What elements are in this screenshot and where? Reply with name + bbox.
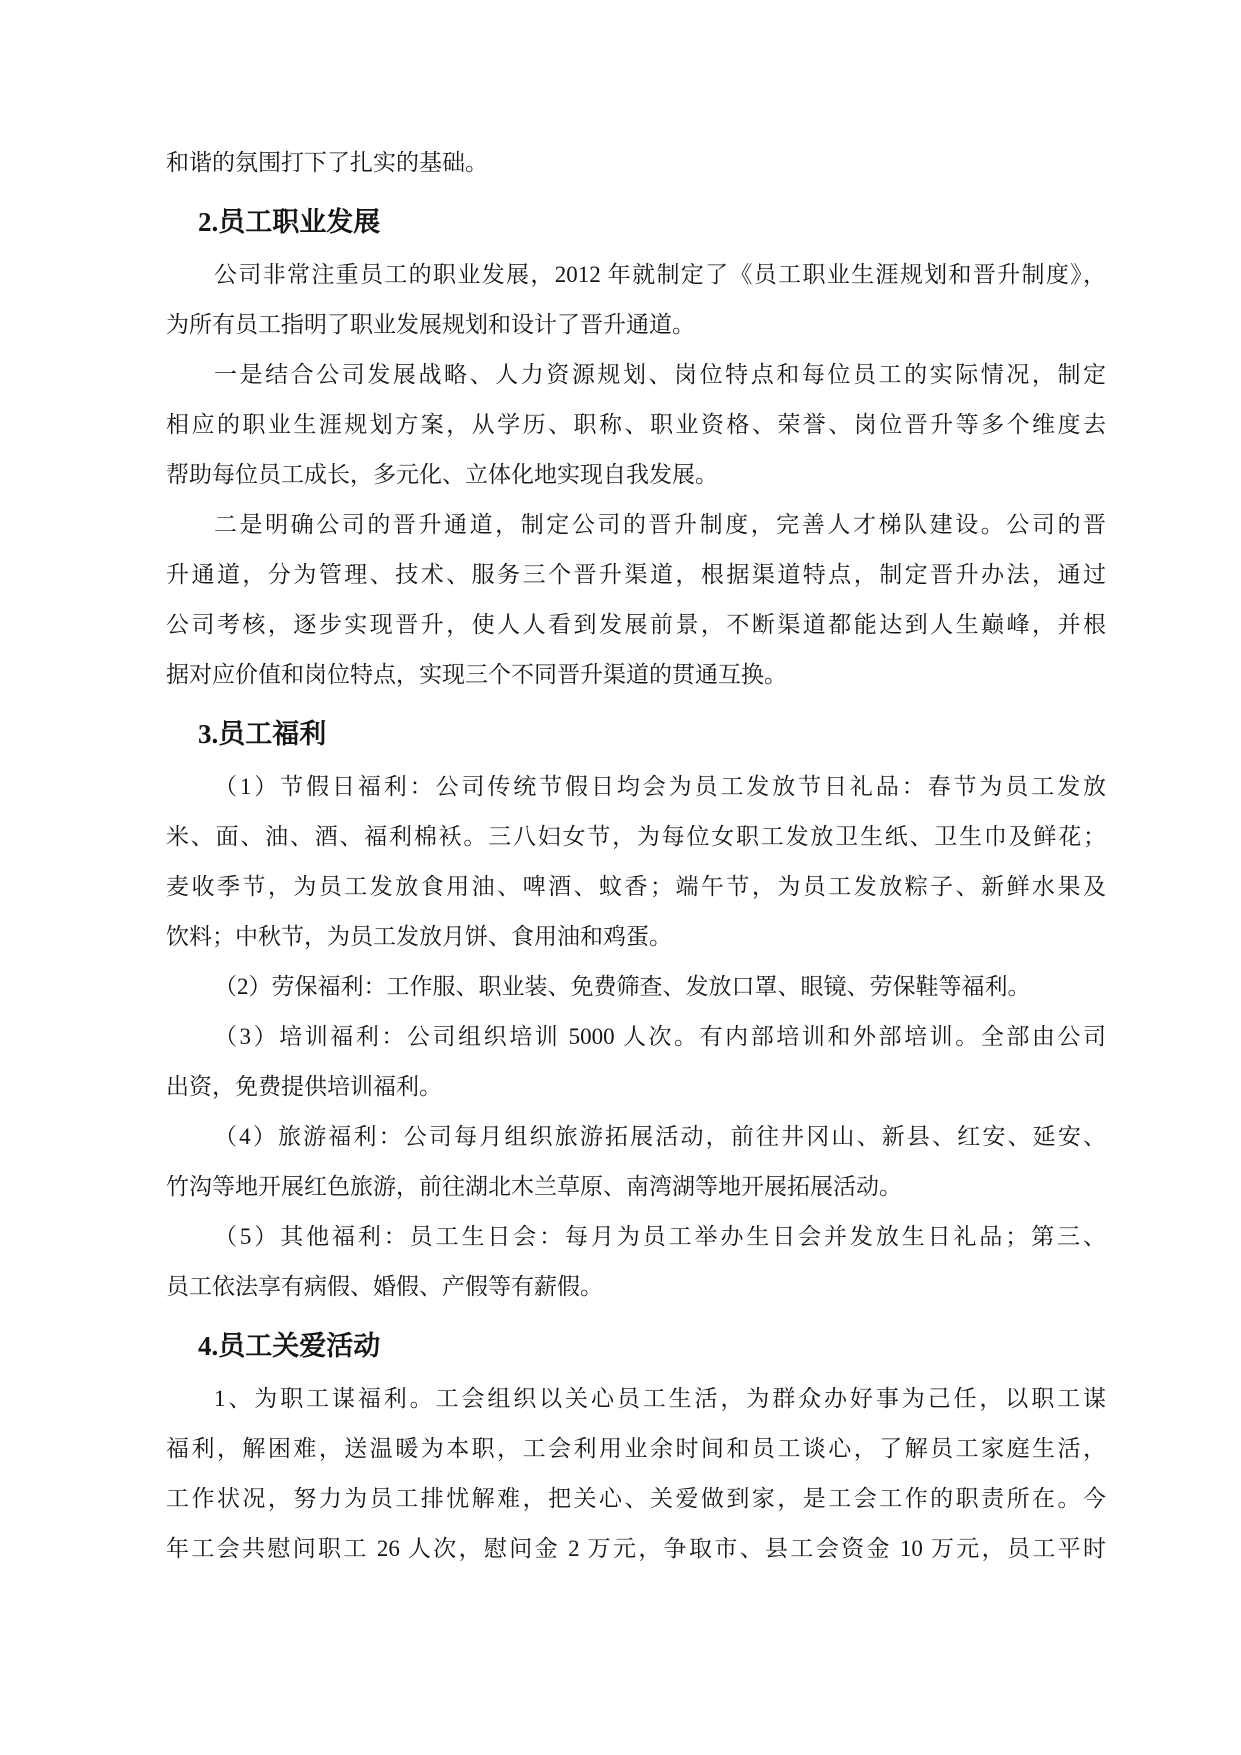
- text-line: 工作状况，努力为员工排忧解难，把关心、关爱做到家，是工会工作的职责所在。今: [166, 1474, 1106, 1524]
- section-heading: 2.员工职业发展: [166, 202, 1106, 242]
- text-line: 年工会共慰问职工 26 人次，慰问金 2 万元，争取市、县工会资金 10 万元，…: [166, 1524, 1106, 1574]
- text-line: 出资，免费提供培训福利。: [166, 1062, 1106, 1112]
- text-line: （1）节假日福利：公司传统节假日均会为员工发放节日礼品：春节为员工发放: [166, 762, 1106, 812]
- text-line: 竹沟等地开展红色旅游，前往湖北木兰草原、南湾湖等地开展拓展活动。: [166, 1162, 1106, 1212]
- text-line: 米、面、油、酒、福利棉袄。三八妇女节，为每位女职工发放卫生纸、卫生巾及鲜花；: [166, 812, 1106, 862]
- text-line: （3）培训福利：公司组织培训 5000 人次。有内部培训和外部培训。全部由公司: [166, 1012, 1106, 1062]
- text-line: 二是明确公司的晋升通道，制定公司的晋升制度，完善人才梯队建设。公司的晋: [166, 500, 1106, 550]
- text-line: 据对应价值和岗位特点，实现三个不同晋升渠道的贯通互换。: [166, 650, 1106, 700]
- text-line: 帮助每位员工成长，多元化、立体化地实现自我发展。: [166, 450, 1106, 500]
- text-line: （5）其他福利：员工生日会：每月为员工举办生日会并发放生日礼品；第三、: [166, 1212, 1106, 1262]
- section-heading: 3.员工福利: [166, 714, 1106, 754]
- text-line: （4）旅游福利：公司每月组织旅游拓展活动，前往井冈山、新县、红安、延安、: [166, 1112, 1106, 1162]
- text-line: 1、为职工谋福利。工会组织以关心员工生活，为群众办好事为己任，以职工谋: [166, 1374, 1106, 1424]
- text-line: 麦收季节，为员工发放食用油、啤酒、蚊香；端午节，为员工发放粽子、新鲜水果及: [166, 862, 1106, 912]
- section-heading: 4.员工关爱活动: [166, 1326, 1106, 1366]
- text-line: 相应的职业生涯规划方案，从学历、职称、职业资格、荣誉、岗位晋升等多个维度去: [166, 400, 1106, 450]
- text-line: 一是结合公司发展战略、人力资源规划、岗位特点和每位员工的实际情况，制定: [166, 350, 1106, 400]
- text-line: 和谐的氛围打下了扎实的基础。: [166, 138, 1106, 188]
- text-line: 福利，解困难，送温暖为本职，工会利用业余时间和员工谈心，了解员工家庭生活，: [166, 1424, 1106, 1474]
- text-line: 员工依法享有病假、婚假、产假等有薪假。: [166, 1262, 1106, 1312]
- text-line: 饮料；中秋节，为员工发放月饼、食用油和鸡蛋。: [166, 912, 1106, 962]
- text-line: 公司考核，逐步实现晋升，使人人看到发展前景，不断渠道都能达到人生巅峰，并根: [166, 600, 1106, 650]
- text-line: 公司非常注重员工的职业发展，2012 年就制定了《员工职业生涯规划和晋升制度》，: [166, 250, 1106, 300]
- text-line: 为所有员工指明了职业发展规划和设计了晋升通道。: [166, 300, 1106, 350]
- text-line: （2）劳保福利：工作服、职业装、免费筛查、发放口罩、眼镜、劳保鞋等福利。: [166, 962, 1106, 1012]
- document-content: 和谐的氛围打下了扎实的基础。2.员工职业发展公司非常注重员工的职业发展，2012…: [166, 138, 1106, 1574]
- document-page: 和谐的氛围打下了扎实的基础。2.员工职业发展公司非常注重员工的职业发展，2012…: [0, 0, 1241, 1755]
- text-line: 升通道，分为管理、技术、服务三个晋升渠道，根据渠道特点，制定晋升办法，通过: [166, 550, 1106, 600]
